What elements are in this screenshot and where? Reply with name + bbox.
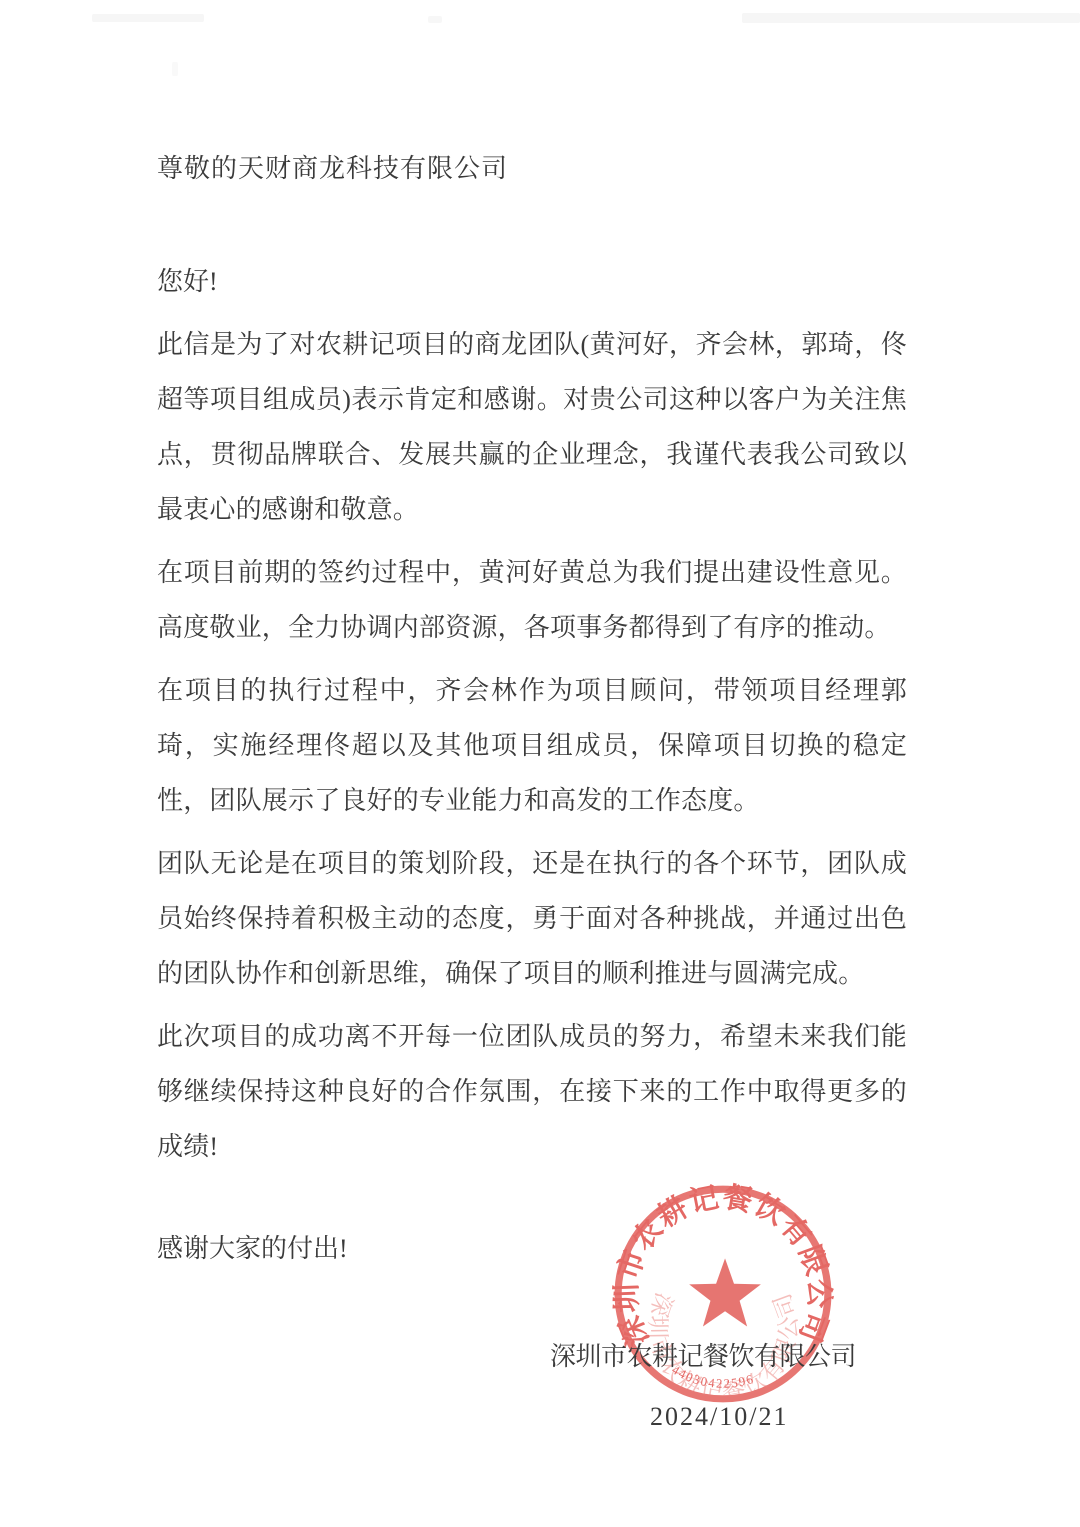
body-paragraph: 此信是为了对农耕记项目的商龙团队(黄河好，齐会林，郭琦，佟超等项目组成员)表示肯… [157,317,907,537]
body-paragraph: 在项目前期的签约过程中，黄河好黄总为我们提出建设性意见。高度敬业，全力协调内部资… [157,545,907,655]
closing-line: 感谢大家的付出! [157,1221,907,1276]
signature-date: 2024/10/21 [650,1389,907,1444]
letter-body: 尊敬的天财商龙科技有限公司 您好! 此信是为了对农耕记项目的商龙团队(黄河好，齐… [0,0,1080,1444]
body-paragraph: 团队无论是在项目的策划阶段，还是在执行的各个环节，团队成员始终保持着积极主动的态… [157,836,907,1001]
signature-company: 深圳市农耕记餐饮有限公司 [550,1329,907,1384]
body-paragraph: 此次项目的成功离不开每一位团队成员的努力，希望未来我们能够继续保持这种良好的合作… [157,1009,907,1174]
body-paragraph: 在项目的执行过程中，齐会林作为项目顾问，带领项目经理郭琦，实施经理佟超以及其他项… [157,663,907,828]
salutation-line: 尊敬的天财商龙科技有限公司 [157,141,907,196]
signature-block: 深圳市农耕记餐饮有限公司 2024/10/21 [157,1329,907,1444]
letter-page: 尊敬的天财商龙科技有限公司 您好! 此信是为了对农耕记项目的商龙团队(黄河好，齐… [0,0,1080,1527]
greeting-line: 您好! [157,254,907,309]
